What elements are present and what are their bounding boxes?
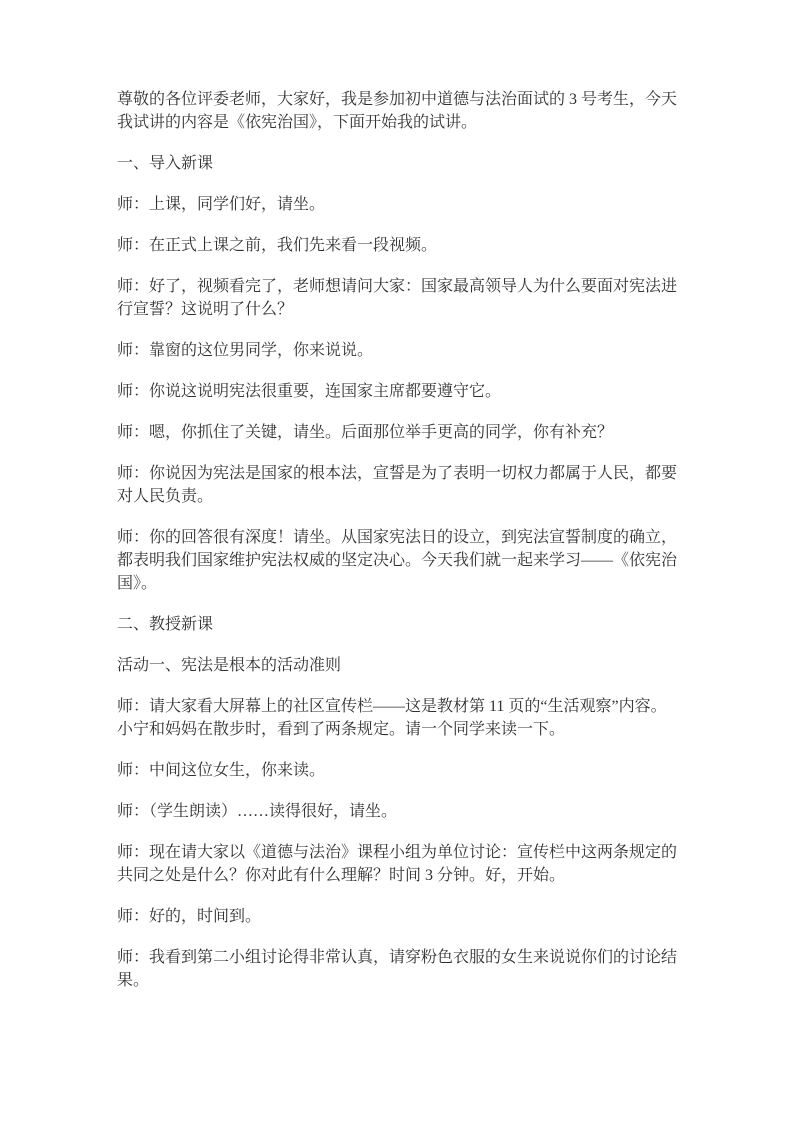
teacher-dialogue-line: 师：中间这位女生，你来读。: [117, 759, 697, 782]
teacher-dialogue-line: 师：你说这说明宪法很重要，连国家主席都要遵守它。: [117, 380, 697, 403]
document-page: 尊敬的各位评委老师，大家好，我是参加初中道德与法治面试的 3 号考生，今天 我试…: [0, 0, 793, 1122]
document-content: 尊敬的各位评委老师，大家好，我是参加初中道德与法治面试的 3 号考生，今天 我试…: [117, 88, 697, 1010]
teacher-dialogue-line: 师：靠窗的这位男同学，你来说说。: [117, 339, 697, 362]
section-heading-lead-in: 一、导入新课: [117, 152, 697, 175]
activity-heading: 活动一、宪法是根本的活动准则: [117, 654, 697, 677]
teacher-dialogue-line: 师：你的回答很有深度！请坐。从国家宪法日的设立，到宪法宣誓制度的确立， 都表明我…: [117, 526, 697, 595]
teacher-dialogue-line: 师：（学生朗读）……读得很好，请坐。: [117, 800, 697, 823]
teacher-dialogue-line: 师：在正式上课之前，我们先来看一段视频。: [117, 234, 697, 257]
teacher-dialogue-line: 师：请大家看大屏幕上的社区宣传栏——这是教材第 11 页的“生活观察”内容。 小…: [117, 695, 697, 741]
section-heading-new-lesson: 二、教授新课: [117, 613, 697, 636]
teacher-dialogue-line: 师：好了，视频看完了，老师想请问大家：国家最高领导人为什么要面对宪法进 行宣誓？…: [117, 275, 697, 321]
teacher-dialogue-line: 师：上课，同学们好，请坐。: [117, 193, 697, 216]
teacher-dialogue-line: 师：好的，时间到。: [117, 905, 697, 928]
teacher-dialogue-line: 师：嗯，你抓住了关键，请坐。后面那位举手更高的同学，你有补充？: [117, 421, 697, 444]
teacher-dialogue-line: 师：你说因为宪法是国家的根本法，宣誓是为了表明一切权力都属于人民，都要 对人民负…: [117, 462, 697, 508]
teacher-dialogue-line: 师：我看到第二小组讨论得非常认真，请穿粉色衣服的女生来说说你们的讨论结 果。: [117, 946, 697, 992]
opening-statement: 尊敬的各位评委老师，大家好，我是参加初中道德与法治面试的 3 号考生，今天 我试…: [117, 88, 697, 134]
teacher-dialogue-line: 师：现在请大家以《道德与法治》课程小组为单位讨论：宣传栏中这两条规定的 共同之处…: [117, 841, 697, 887]
